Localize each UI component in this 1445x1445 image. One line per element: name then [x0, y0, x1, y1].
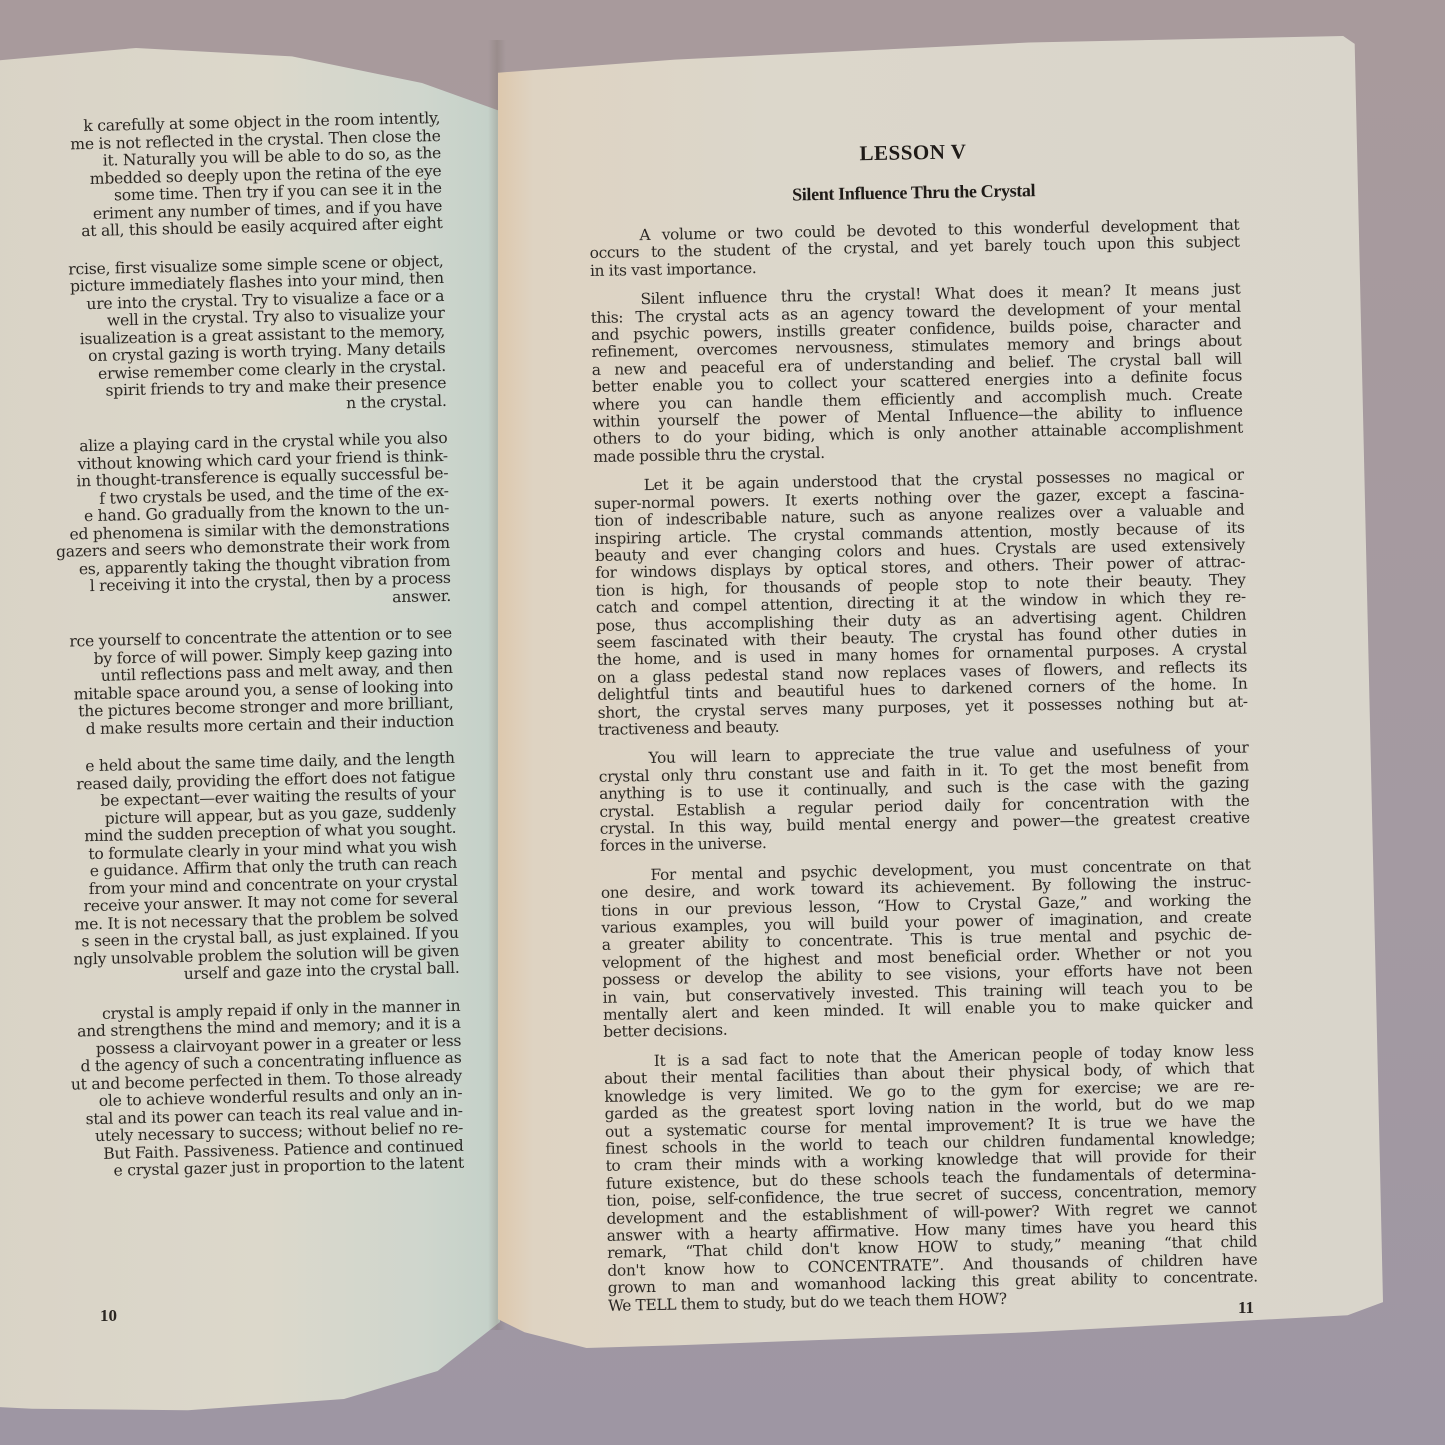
paragraph: Let it be again understood that the crys… — [594, 467, 1248, 739]
paragraph: alize a playing card in the crystal whil… — [7, 430, 451, 615]
page-number: 10 — [100, 1306, 117, 1326]
lesson-title: LESSON V — [588, 139, 1238, 168]
right-page: LESSON V Silent Influence Thru the Cryst… — [498, 36, 1383, 1348]
paragraph: rce yourself to concentrate the attentio… — [12, 625, 454, 740]
right-page-body: A volume or two could be devoted to this… — [589, 217, 1258, 1327]
paragraph: It is a sad fact to note that the Americ… — [604, 1042, 1258, 1314]
paragraph: e held about the same time daily, and th… — [15, 750, 460, 987]
right-page-content: LESSON V Silent Influence Thru the Cryst… — [588, 145, 1238, 156]
paragraph: crystal is amply repaid if only in the m… — [20, 997, 464, 1182]
lesson-subtitle: Silent Influence Thru the Crystal — [589, 179, 1239, 208]
paragraph: A volume or two could be devoted to this… — [589, 217, 1240, 281]
left-page: k carefully at some object in the room i… — [0, 20, 500, 1420]
paragraph: k carefully at some object in the room i… — [0, 110, 443, 242]
left-page-body: k carefully at some object in the room i… — [0, 110, 464, 1202]
paragraph: rcise, first visualize some simple scene… — [3, 252, 446, 419]
paragraph: Silent influence thru the crystal! What … — [590, 281, 1243, 466]
page-number: 11 — [1238, 1298, 1254, 1318]
paragraph: You will learn to appreciate the true va… — [598, 740, 1250, 856]
paragraph: For mental and psychic development, you … — [600, 856, 1253, 1041]
